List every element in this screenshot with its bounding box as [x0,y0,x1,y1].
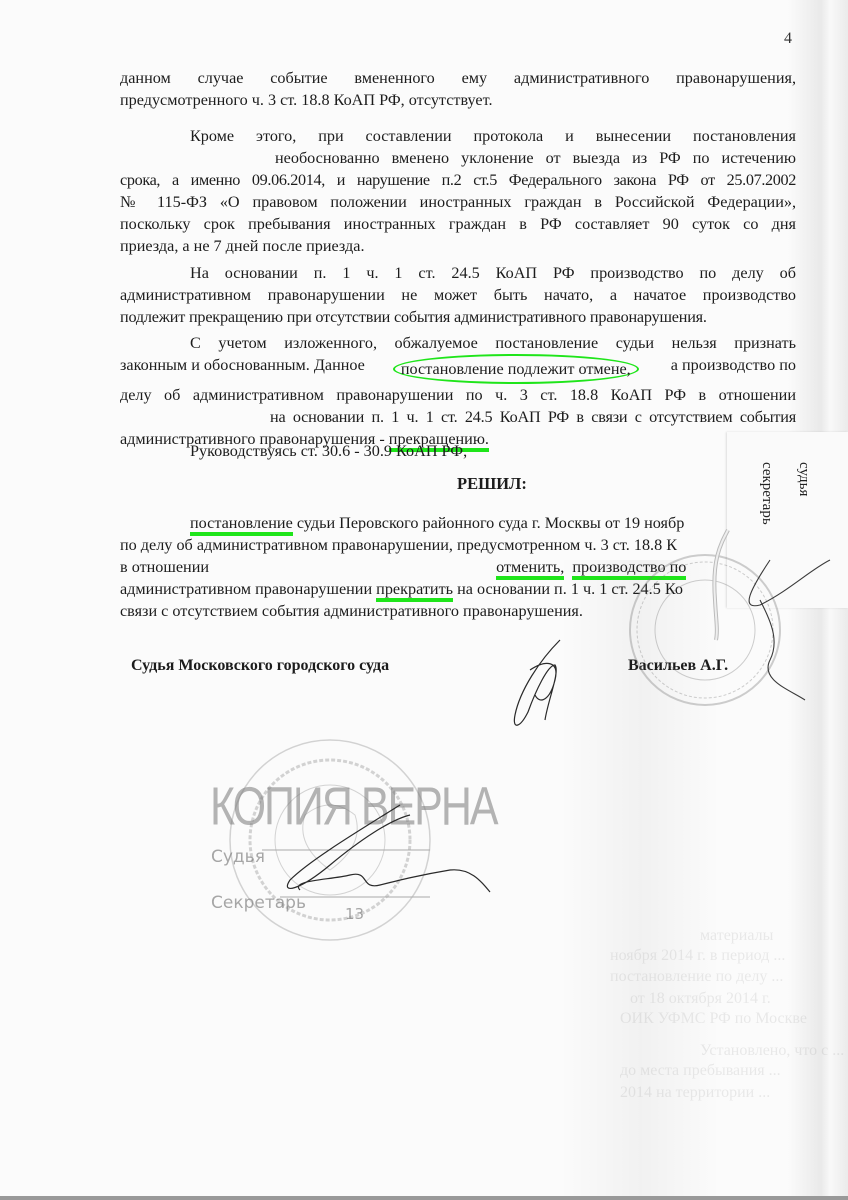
scan-bottom-edge [0,1196,848,1200]
text-fragment: а производство по [671,354,796,384]
bleed-through-text: материалы [700,925,773,947]
decision-heading: РЕШИЛ: [457,474,527,494]
underlined-phrase: производство по [572,558,686,580]
stamp-main-text: КОПИЯ ВЕРНА [210,777,497,838]
stamp-secretary-label: Секретарь [211,893,306,913]
page-number: 4 [784,30,792,48]
text-line: На основании п. 1 ч. 1 ст. 24.5 КоАП РФ … [120,262,796,284]
text-line: на основании п. 1 ч. 1 ст. 24.5 КоАП РФ … [120,406,796,428]
bleed-line: 2014 на территории ... [620,1084,770,1101]
stamp-number: 13 [345,905,364,923]
text-line: делу об административном правонарушении … [120,384,796,406]
judge-signature-icon [514,640,560,725]
bleed-line: постановление по делу ... [610,968,783,985]
paragraph-3: На основании п. 1 ч. 1 ст. 24.5 КоАП РФ … [120,262,796,328]
text-line: подлежит прекращению при отсутствии собы… [120,306,796,328]
paragraph-5: Руководствуясь ст. 30.6 - 30.9 КоАП РФ, [120,440,796,462]
fold-shadow [560,560,720,1200]
copy-certified-stamp: КОПИЯ ВЕРНА Судья Секретарь 13 [205,755,445,930]
bleed-line: Установлено, что с ... [700,1042,844,1059]
text-fragment: судьи Перовского районного суда г. Москв… [297,514,685,532]
bleed-through-text: 2014 на территории ... [620,1082,770,1104]
paragraph-1: данном случае событие вмененного ему адм… [120,67,796,111]
text-line: поскольку срок пребывания иностранных гр… [120,213,796,235]
text-line: постановление судьи Перовского районного… [120,512,740,534]
text-line: срока, а именно 09.06.2014, и нарушение … [120,169,796,191]
circled-phrase: постановление подлежит отмене, [393,354,639,384]
text-line: данном случае событие вмененного ему адм… [120,67,796,89]
text-line: Руководствуясь ст. 30.6 - 30.9 КоАП РФ, [120,440,796,462]
text-line: по делу об административном правонарушен… [120,534,740,556]
text-line: приезда, а не 7 дней после приезда. [120,235,796,257]
decision-body: постановление судьи Перовского районного… [120,512,740,622]
text-fragment: законным и обоснованным. Данное [120,354,365,384]
binding-sticker: судья секретарь [727,432,848,608]
paragraph-4: С учетом изложенного, обжалуемое постано… [120,332,796,450]
bleed-through-text: до места пребывания ... [620,1060,781,1082]
underlined-phrase: прекратить [376,580,453,602]
text-line: необоснованно вменено уклонение от выезд… [120,147,796,169]
bleed-line: от 18 октября 2014 г. [630,990,771,1007]
underlined-phrase: отменить, [496,558,564,580]
paragraph-2: Кроме этого, при составлении протокола и… [120,125,796,257]
text-line: С учетом изложенного, обжалуемое постано… [120,332,796,354]
stamp-judge-label: Судья [211,847,265,867]
text-fragment: на основании п. 1 ч. 1 ст. 24.5 Ко [457,580,683,598]
bleed-through-text: ноября 2014 г. в период ... [610,945,785,967]
text-line: связи с отсутствием события администрати… [120,600,740,622]
bleed-through-text: ОИК УФМС РФ по Москве [620,1008,807,1030]
signature-title: Судья Московского городского суда [131,657,389,675]
text-line: административном правонарушении прекрати… [120,578,740,600]
text-line: Кроме этого, при составлении протокола и… [120,125,796,147]
text-fragment: в отношении [120,558,209,576]
sticker-label-judge: судья [795,462,812,496]
bleed-line: материалы [700,927,773,944]
bleed-line: ноября 2014 г. в период ... [610,947,785,964]
text-line: в отношении отменить, производство по [120,556,740,578]
signature-name: Васильев А.Г. [628,657,728,675]
text-fragment: административном правонарушении [120,580,372,598]
bleed-through-text: от 18 октября 2014 г. [630,988,771,1010]
text-line: предусмотренного ч. 3 ст. 18.8 КоАП РФ, … [120,89,796,111]
text-line: законным и обоснованным. Данное постанов… [120,354,796,384]
underlined-phrase: постановление [190,514,293,536]
bleed-through-text: постановление по делу ... [610,966,783,988]
sticker-label-secretary: секретарь [758,462,775,525]
bleed-through-text: Установлено, что с ... [700,1040,844,1062]
bleed-line: до места пребывания ... [620,1062,781,1079]
text-line: административном правонарушении не может… [120,284,796,306]
text-line: № 115-ФЗ «О правовом положении иностранн… [120,191,796,213]
bleed-line: ОИК УФМС РФ по Москве [620,1010,807,1027]
